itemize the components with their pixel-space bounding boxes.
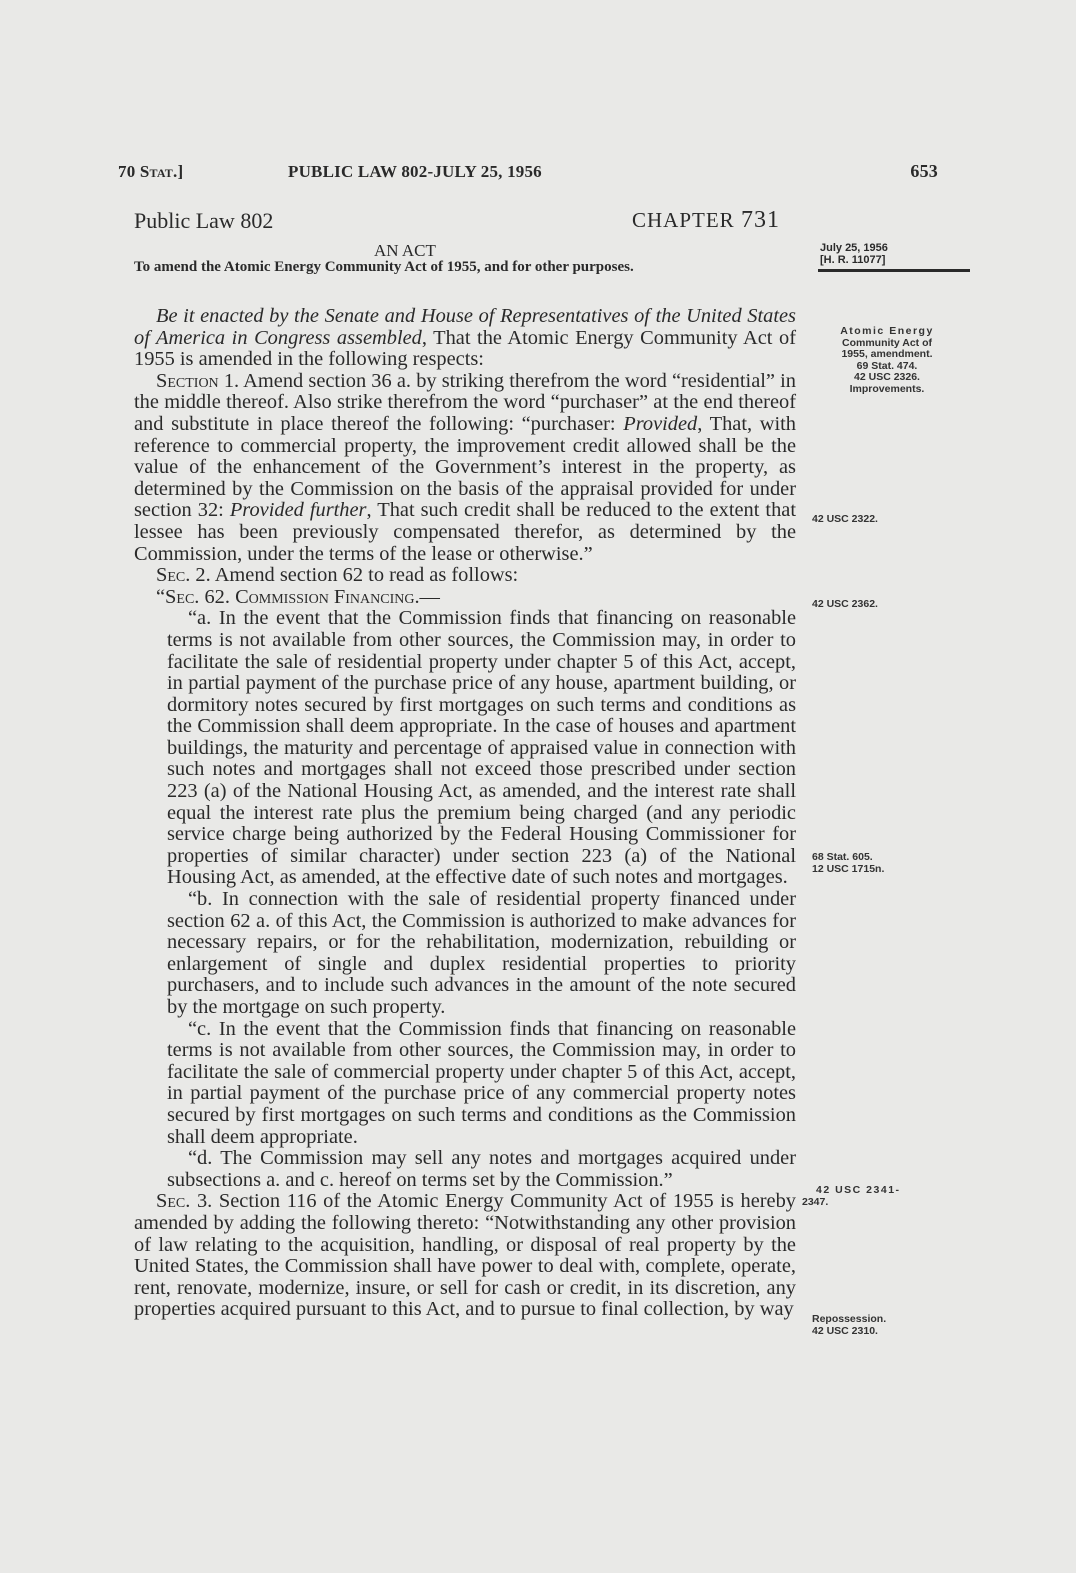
section-3-text: Section 116 of the Atomic Energy Communi… bbox=[134, 1190, 796, 1320]
page-number: 653 bbox=[910, 161, 938, 182]
section-62-prefix: “Sec. 62. bbox=[156, 586, 230, 608]
margin-line: 42 USC 2362. bbox=[812, 599, 972, 611]
margin-line: Repossession. bbox=[812, 1314, 972, 1326]
chapter-label: CHAPTER bbox=[632, 208, 735, 232]
margin-line: 68 Stat. 605. bbox=[812, 852, 972, 864]
enactment-date-box: July 25, 1956 [H. R. 11077] bbox=[818, 242, 968, 272]
subsection-a: “a. In the event that the Commission fin… bbox=[167, 608, 796, 889]
law-number: Public Law 802 bbox=[134, 208, 273, 234]
section-2-text: Amend section 62 to read as follows: bbox=[211, 564, 519, 586]
stat-volume: 70 Stat.] bbox=[118, 162, 183, 182]
margin-line: 42 USC 2322. bbox=[812, 514, 972, 526]
chapter-number: 731 bbox=[741, 207, 780, 233]
section-1-label: Section 1. bbox=[156, 370, 239, 392]
margin-note-housing-act: 68 Stat. 605. 12 USC 1715n. bbox=[812, 852, 972, 875]
section-2: Sec. 2. Amend section 62 to read as foll… bbox=[134, 565, 796, 587]
running-title: PUBLIC LAW 802-JULY 25, 1956 bbox=[288, 162, 542, 182]
margin-note-amendment: Atomic Energy Community Act of 1955, ame… bbox=[812, 326, 962, 395]
act-purpose: To amend the Atomic Energy Community Act… bbox=[134, 259, 634, 276]
chapter-heading: CHAPTER 731 bbox=[632, 207, 780, 234]
margin-line: 2347. bbox=[802, 1197, 962, 1209]
margin-note-2341: 42 USC 2341- 2347. bbox=[802, 1185, 962, 1208]
heading-rule bbox=[818, 269, 970, 272]
subsection-b: “b. In connection with the sale of resid… bbox=[167, 889, 796, 1019]
margin-line: 42 USC 2326. bbox=[812, 372, 962, 384]
section-3-label: Sec. 3. bbox=[156, 1190, 212, 1212]
section-1-provided: Provided bbox=[623, 413, 697, 435]
margin-note-repossession: Repossession. 42 USC 2310. bbox=[812, 1314, 972, 1337]
margin-note-2322: 42 USC 2322. bbox=[812, 514, 972, 526]
an-act-label: AN ACT bbox=[374, 241, 436, 261]
enactment-date: July 25, 1956 bbox=[820, 242, 968, 254]
bill-number: [H. R. 11077] bbox=[820, 254, 968, 266]
margin-line: 1955, amendment. bbox=[812, 349, 962, 361]
section-2-label: Sec. 2. bbox=[156, 564, 211, 586]
body-text: Be it enacted by the Senate and House of… bbox=[134, 306, 796, 1321]
margin-line: Atomic Energy bbox=[812, 326, 962, 338]
section-3: Sec. 3. Section 116 of the Atomic Energy… bbox=[134, 1191, 796, 1321]
margin-line: 42 USC 2310. bbox=[812, 1326, 972, 1338]
subsection-d: “d. The Commission may sell any notes an… bbox=[167, 1148, 796, 1191]
enacting-clause: Be it enacted by the Senate and House of… bbox=[134, 306, 796, 371]
margin-line: Improvements. bbox=[812, 384, 962, 396]
margin-line: 12 USC 1715n. bbox=[812, 864, 972, 876]
section-62-title: Commission Financing.— bbox=[235, 586, 440, 608]
section-1: Section 1. Amend section 36 a. by striki… bbox=[134, 371, 796, 565]
section-62-heading: “Sec. 62. Commission Financing.— bbox=[134, 587, 796, 609]
subsection-c: “c. In the event that the Commission fin… bbox=[167, 1019, 796, 1149]
margin-note-2362: 42 USC 2362. bbox=[812, 599, 972, 611]
section-1-provided-further: Provided further bbox=[230, 499, 367, 521]
margin-line: 42 USC 2341- bbox=[802, 1185, 962, 1197]
